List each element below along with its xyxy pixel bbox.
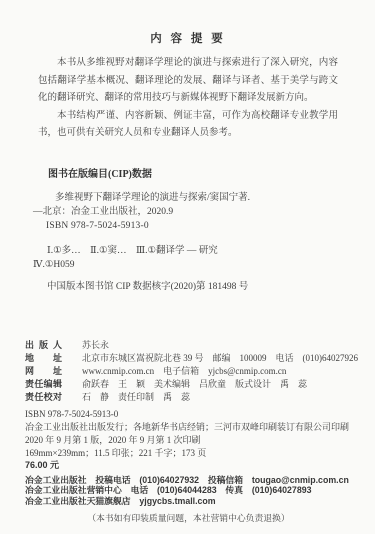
contact-submission-line: 冶金工业出版社 投稿电话 (010)64027932 投稿信箱 tougao@c…	[25, 475, 352, 486]
publisher-row-label: 出版人	[25, 339, 62, 352]
contact-marketing-line: 冶金工业出版社营销中心 电话 (010)64044283 传真 (010)640…	[25, 485, 352, 496]
publisher-row-label: 责任校对	[25, 391, 62, 404]
cip-classification-line-2: Ⅳ.①H059	[33, 258, 352, 272]
printing-distribution-line: 冶金工业出版社出版发行；各地新华书店经销；三河市双峰印刷装订有限公司印刷	[25, 421, 352, 434]
publisher-row-value: 俞跃春 王 颖 美术编辑 吕欣童 版式设计 禹 蕊	[82, 378, 307, 391]
publisher-row-label: 地址	[25, 352, 62, 365]
publisher-row-label: 网址	[25, 365, 62, 378]
printing-info-section: ISBN 978-7-5024-5913-0 冶金工业出版社出版发行；各地新华书…	[25, 408, 352, 471]
printing-edition-line: 2020 年 9 月第 1 版，2020 年 9 月第 1 次印刷	[25, 434, 352, 447]
printing-isbn-line: ISBN 978-7-5024-5913-0	[25, 408, 352, 421]
publisher-row-proofreader: 责任校对石 静 责任印制 禹 蕊	[25, 391, 352, 404]
contact-info-section: 冶金工业出版社 投稿电话 (010)64027932 投稿信箱 tougao@c…	[25, 475, 352, 525]
content-summary-section: 内 容 提 要 本书从多维视野对翻译学理论的演进与探索进行了深入研究，内容包括翻…	[38, 30, 338, 143]
publisher-row-value: 北京市东城区嵩祝院北巷 39 号 邮编 100009 电话 (010)64027…	[82, 352, 358, 365]
cip-record-number-line: 中国版本图书馆 CIP 数据核字(2020)第 181498 号	[33, 280, 352, 294]
book-price: 76.00 元	[25, 460, 352, 471]
publisher-row-value: www.cnmip.com.cn 电子信箱 yjcbs@cnmip.com.cn	[82, 365, 286, 378]
cip-header: 图书在版编目(CIP)数据	[48, 168, 352, 182]
publisher-row-label: 责任编辑	[25, 378, 62, 391]
cip-isbn-line: ISBN 978-7-5024-5913-0	[33, 219, 352, 233]
contact-tmall-store-line: 冶金工业出版社天猫旗舰店 yjgycbs.tmall.com	[25, 496, 352, 507]
cip-data-section: 图书在版编目(CIP)数据 多维视野下翻译学理论的演进与探索/窦国宁著. —北京…	[33, 168, 352, 294]
summary-paragraph-1: 本书从多维视野对翻译学理论的演进与探索进行了深入研究，内容包括翻译学基本概况、翻…	[38, 55, 338, 108]
summary-paragraph-2: 本书结构严谨、内容新颖、例证丰富，可作为高校翻译专业教学用书，也可供有关研究人员…	[38, 108, 338, 143]
cip-classification-line-1: Ⅰ.①多… Ⅱ.①窦… Ⅲ.①翻译学 — 研究	[33, 244, 352, 258]
printing-format-line: 169mm×239mm；11.5 印张；221 千字；173 页	[25, 447, 352, 460]
summary-title: 内 容 提 要	[38, 30, 338, 46]
copyright-page: 内 容 提 要 本书从多维视野对翻译学理论的演进与探索进行了深入研究，内容包括翻…	[0, 0, 375, 534]
cip-book-title-line: 多维视野下翻译学理论的演进与探索/窦国宁著.	[33, 191, 352, 205]
publisher-row-value: 石 静 责任印制 禹 蕊	[82, 391, 190, 404]
publisher-row-editors: 责任编辑俞跃春 王 颖 美术编辑 吕欣童 版式设计 禹 蕊	[25, 378, 352, 391]
quality-return-note: （本书如有印装质量问题，本社营销中心负责退换）	[25, 513, 352, 524]
publisher-row-value: 苏长永	[82, 339, 109, 352]
cip-publisher-line: —北京：冶金工业出版社，2020.9	[33, 205, 352, 219]
publisher-row-address: 地址北京市东城区嵩祝院北巷 39 号 邮编 100009 电话 (010)640…	[25, 352, 352, 365]
publisher-row-person: 出版人苏长永	[25, 339, 352, 352]
publisher-row-website: 网址www.cnmip.com.cn 电子信箱 yjcbs@cnmip.com.…	[25, 365, 352, 378]
publisher-info-section: 出版人苏长永 地址北京市东城区嵩祝院北巷 39 号 邮编 100009 电话 (…	[25, 339, 352, 405]
